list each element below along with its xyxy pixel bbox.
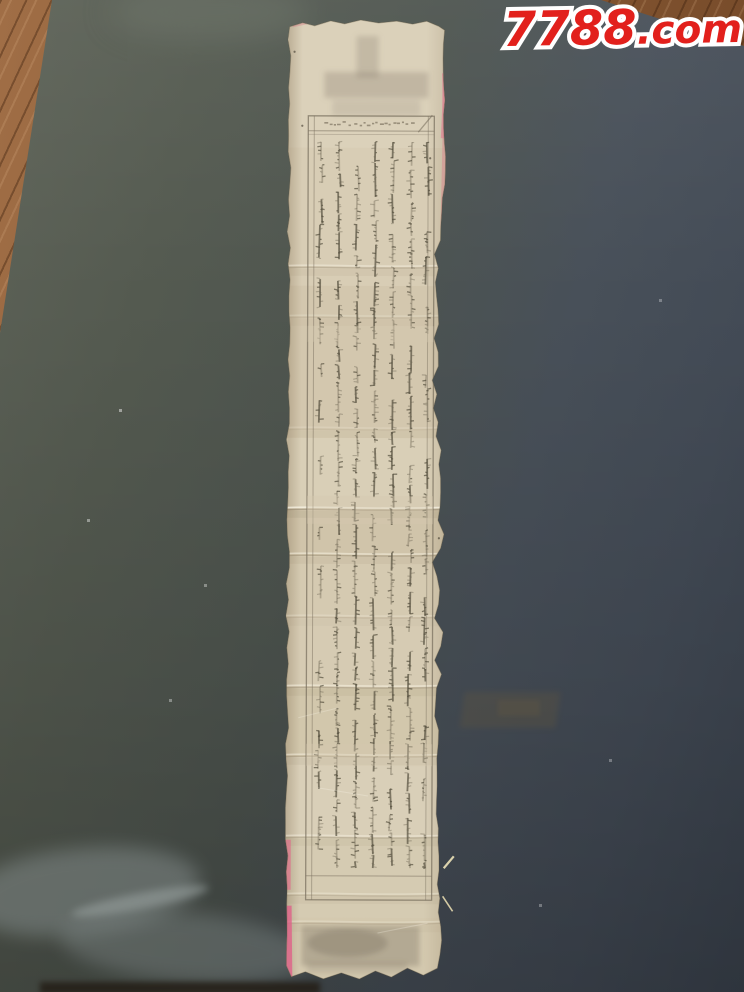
stray-fiber xyxy=(444,856,454,868)
watermark-text: 7788.com xyxy=(503,2,743,54)
manuscript-strip xyxy=(277,18,458,987)
paper-body xyxy=(277,18,458,987)
photo-scene: 7788.com 7788.com xyxy=(0,0,744,992)
manuscript-strip-svg xyxy=(277,18,458,987)
watermark-logo: 7788.com 7788.com xyxy=(503,2,743,54)
ink-smudge xyxy=(301,926,419,974)
stray-fiber xyxy=(443,896,453,911)
backdrop-stain xyxy=(498,700,540,716)
